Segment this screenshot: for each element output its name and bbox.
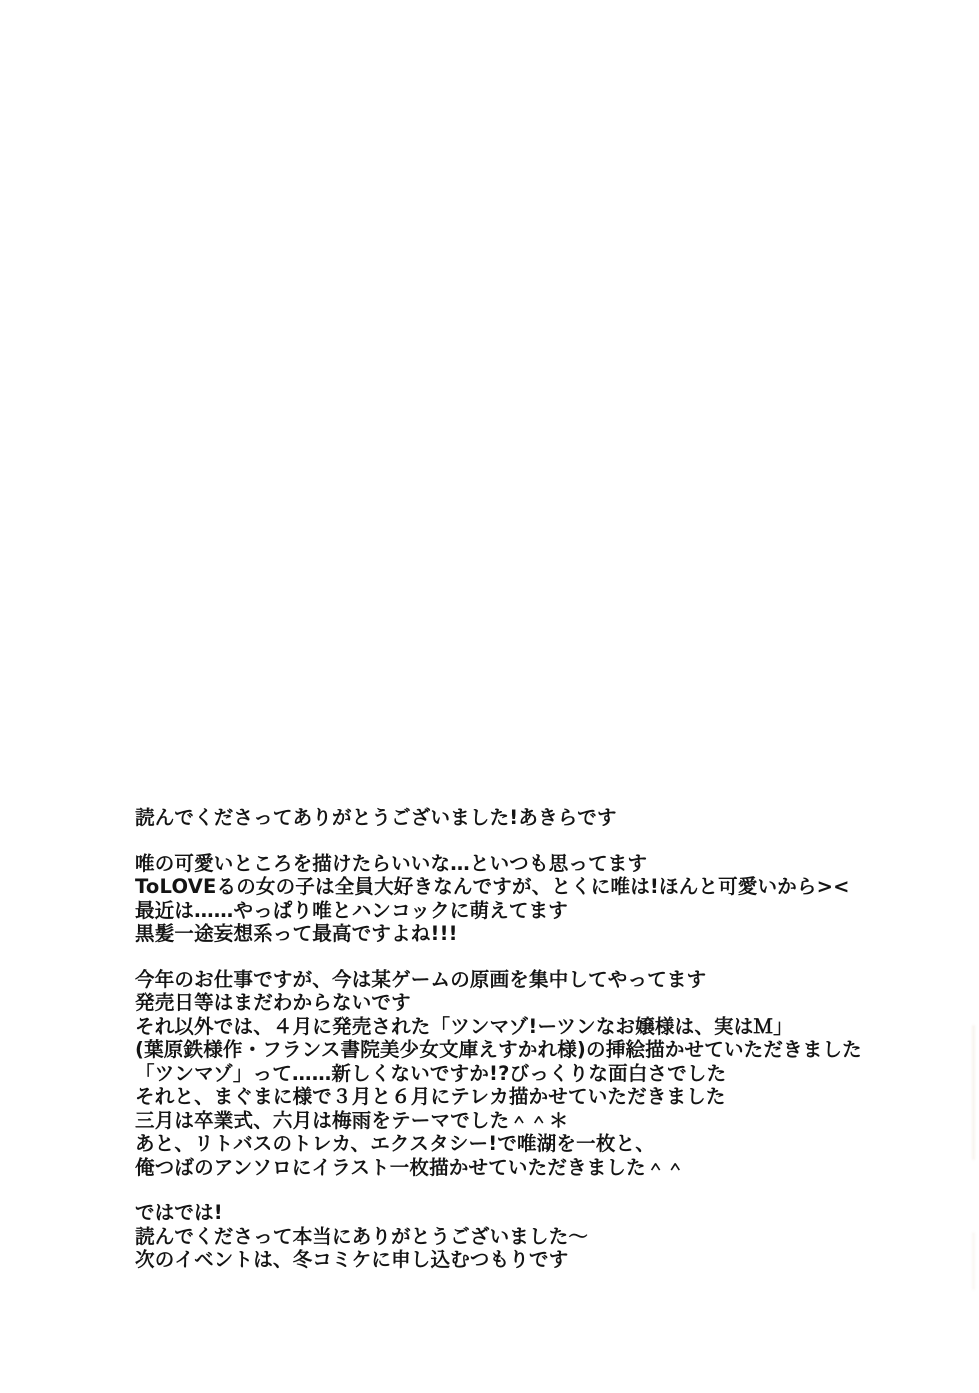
scan-edge-shadow xyxy=(972,1232,975,1290)
afterword-line: 発売日等はまだわからないです xyxy=(135,991,935,1015)
afterword-line: 読んでくださってありがとうございました!あきらです xyxy=(135,806,935,830)
afterword-line: あと、リトバスのトレカ、エクスタシー!で唯湖を一枚と、 xyxy=(135,1132,935,1156)
afterword-paragraph-favorites: 唯の可愛いところを描けたらいいな…といつも思ってます ToLOVEるの女の子は全… xyxy=(135,852,935,946)
afterword-text-block: 読んでくださってありがとうございました!あきらです 唯の可愛いところを描けたらい… xyxy=(135,806,935,1272)
scanned-afterword-page: 読んでくださってありがとうございました!あきらです 唯の可愛いところを描けたらい… xyxy=(0,0,979,1393)
afterword-paragraph-greeting: 読んでくださってありがとうございました!あきらです xyxy=(135,806,935,830)
scan-edge-shadow xyxy=(972,1025,975,1160)
afterword-line: 次のイベントは、冬コミケに申し込むつもりです xyxy=(135,1248,935,1272)
afterword-line: 今年のお仕事ですが、今は某ゲームの原画を集中してやってます xyxy=(135,968,935,992)
afterword-paragraph-work-report: 今年のお仕事ですが、今は某ゲームの原画を集中してやってます 発売日等はまだわから… xyxy=(135,968,935,1180)
afterword-line: 読んでくださって本当にありがとうございました〜 xyxy=(135,1225,935,1249)
afterword-line: 黒髪一途妄想系って最高ですよね!!! xyxy=(135,922,935,946)
afterword-line: 三月は卒業式、六月は梅雨をテーマでした＾＾＊ xyxy=(135,1109,935,1133)
afterword-line: 唯の可愛いところを描けたらいいな…といつも思ってます xyxy=(135,852,935,876)
afterword-line: それ以外では、４月に発売された「ツンマゾ!ーツンなお嬢様は、実はＭ」 xyxy=(135,1015,935,1039)
afterword-line: ToLOVEるの女の子は全員大好きなんですが、とくに唯は!ほんと可愛いから>< xyxy=(135,875,935,899)
afterword-line: それと、まぐまに様で３月と６月にテレカ描かせていただきました xyxy=(135,1085,935,1109)
afterword-line: 俺つばのアンソロにイラスト一枚描かせていただきました＾＾ xyxy=(135,1156,935,1180)
afterword-paragraph-farewell: ではでは! 読んでくださって本当にありがとうございました〜 次のイベントは、冬コ… xyxy=(135,1201,935,1272)
afterword-line: 最近は……やっぱり唯とハンコックに萌えてます xyxy=(135,899,935,923)
afterword-line: 「ツンマゾ」って……新しくないですか!?びっくりな面白さでした xyxy=(135,1062,935,1086)
afterword-line: ではでは! xyxy=(135,1201,935,1225)
afterword-line: (葉原鉄様作・フランス書院美少女文庫えすかれ様)の挿絵描かせていただきました xyxy=(135,1038,935,1062)
